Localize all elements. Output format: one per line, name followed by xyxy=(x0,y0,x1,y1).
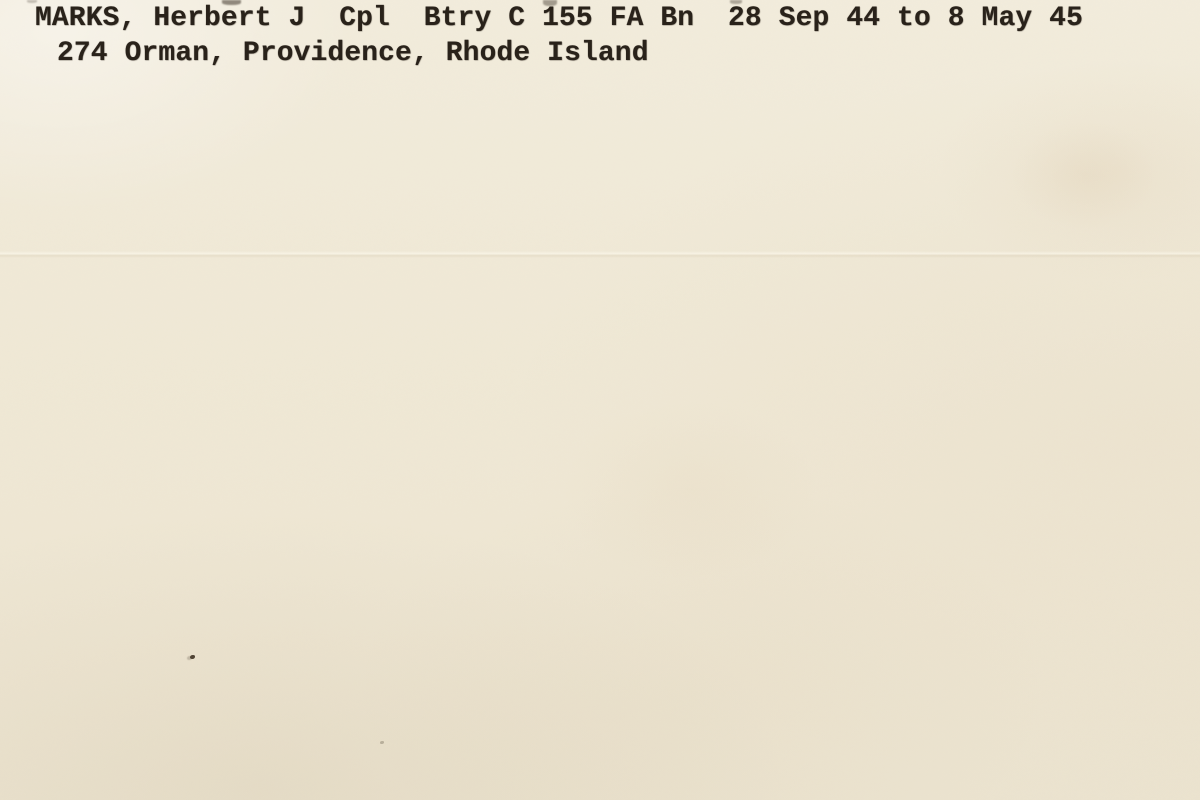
record-line-address: 274 Orman, Providence, Rhode Island xyxy=(57,36,1083,71)
record-line-name-unit-dates: MARKS, Herbert J Cpl Btry C 155 FA Bn 28… xyxy=(35,1,1083,36)
paper-stain xyxy=(1010,120,1160,230)
scanned-index-card: { "document": { "kind": "typewritten ind… xyxy=(0,0,1200,800)
ink-speck xyxy=(380,741,384,744)
typed-record: MARKS, Herbert J Cpl Btry C 155 FA Bn 28… xyxy=(35,1,1083,71)
paper-texture xyxy=(0,0,1200,800)
ink-speck xyxy=(190,655,195,659)
paper-crease xyxy=(0,251,1200,258)
paper-stain xyxy=(560,400,820,580)
